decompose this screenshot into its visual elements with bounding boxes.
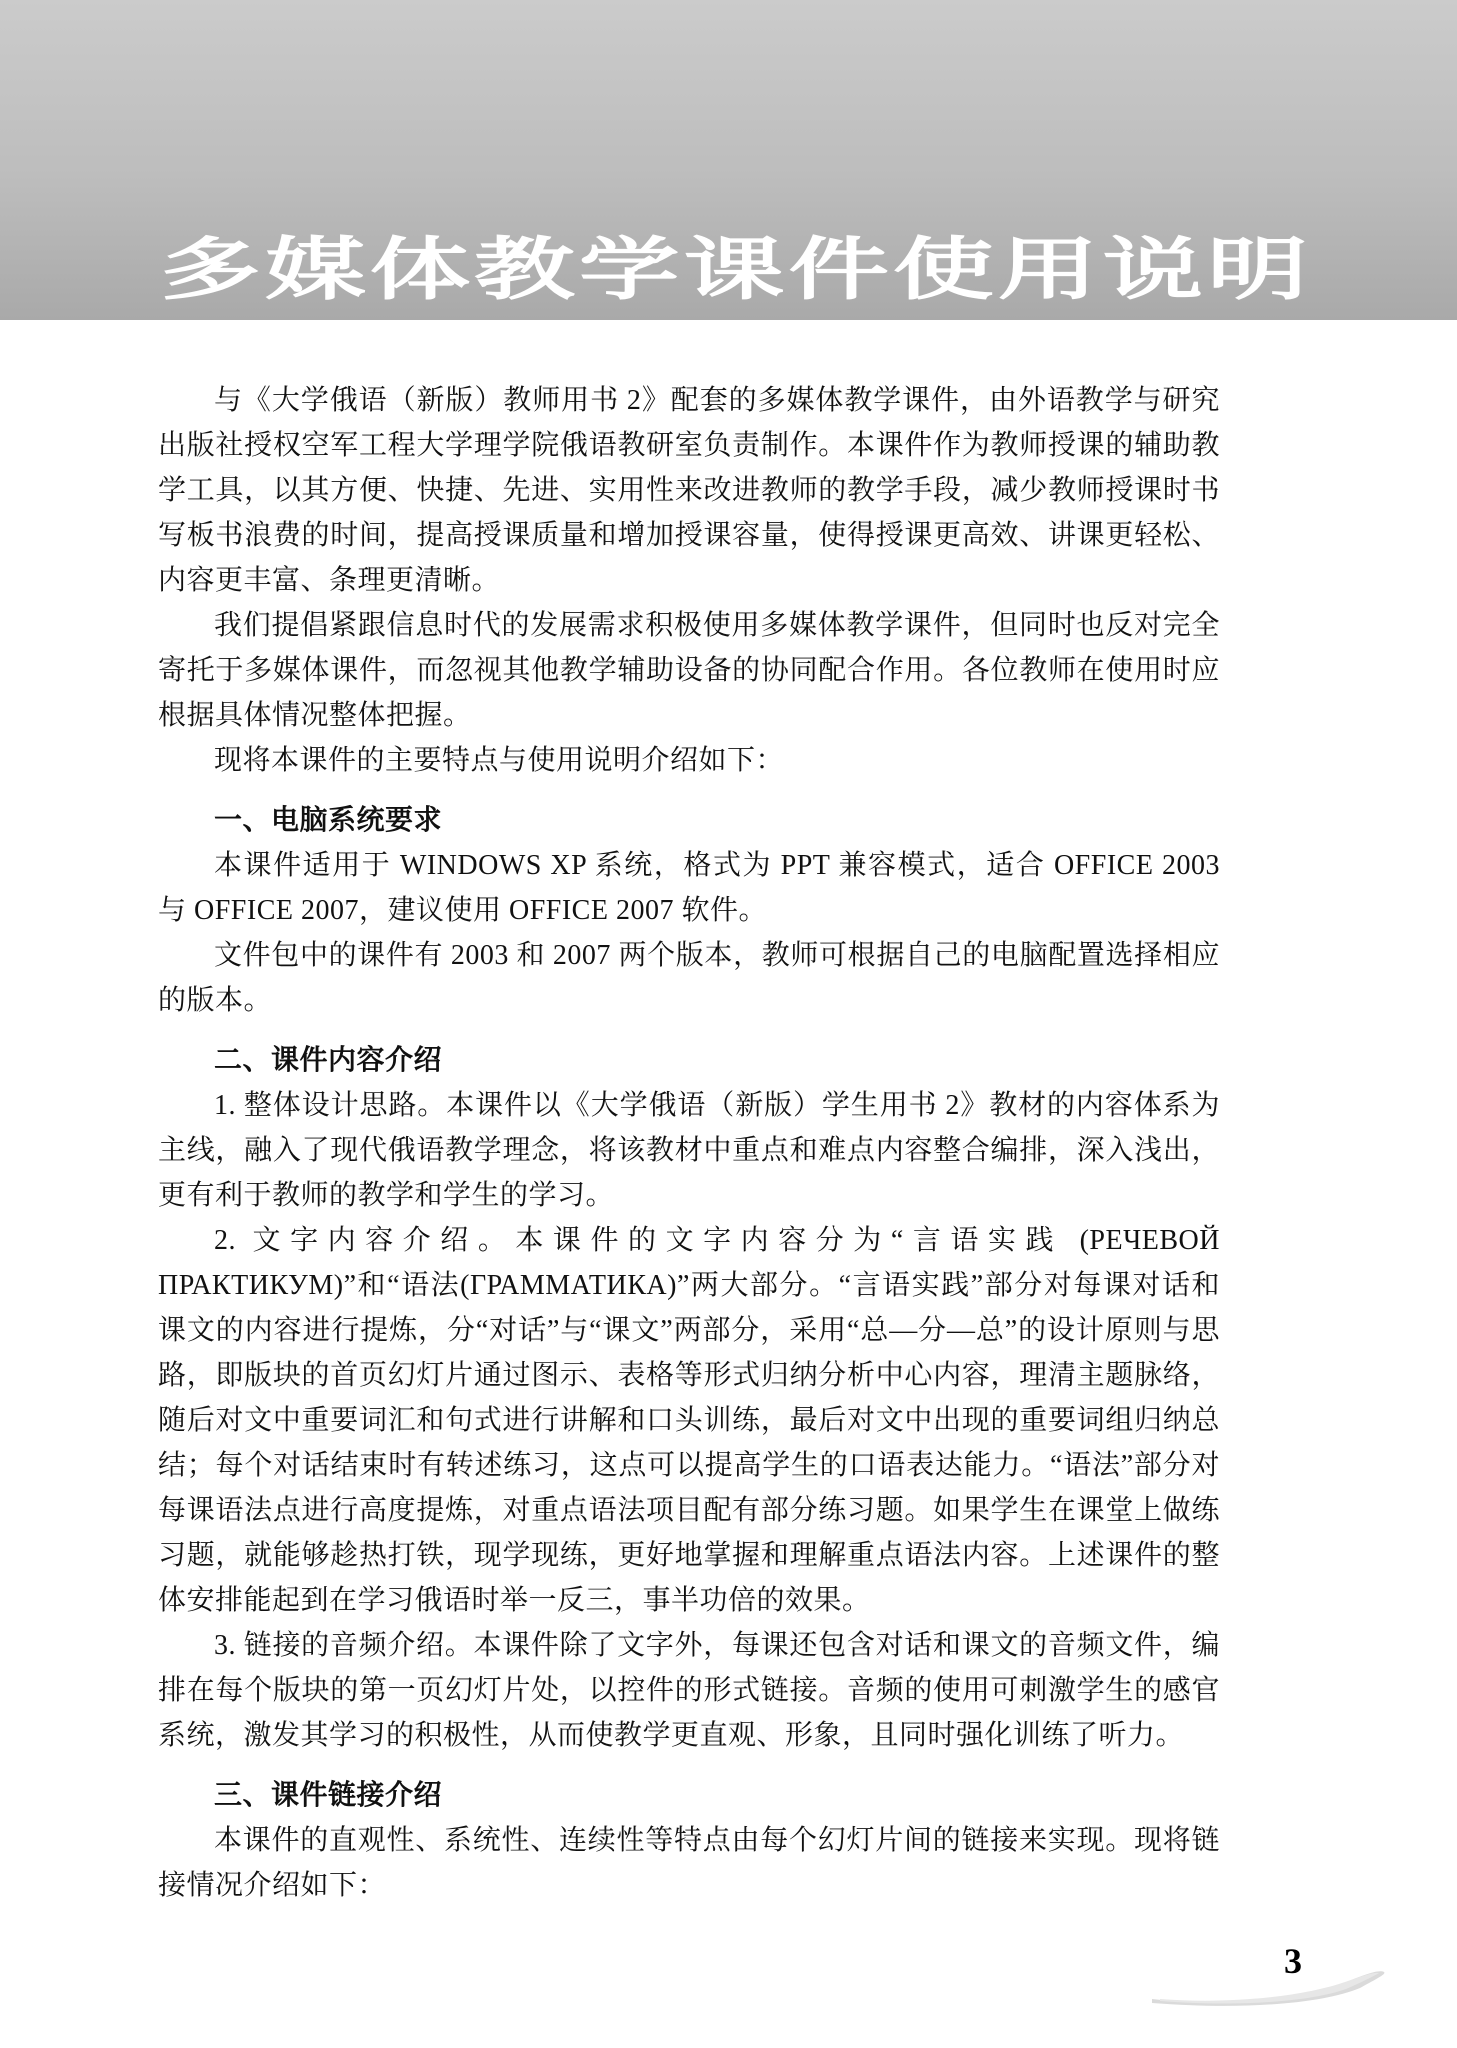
intro-paragraph: 现将本课件的主要特点与使用说明介绍如下： (158, 738, 1220, 783)
section-paragraph: 1. 整体设计思路。本课件以《大学俄语（新版）学生用书 2》教材的内容体系为主线… (158, 1083, 1220, 1218)
book-page: 多媒体教学课件使用说明 与《大学俄语（新版）教师用书 2》配套的多媒体教学课件，… (0, 0, 1457, 2048)
swoosh-graphic (1150, 1966, 1395, 2012)
title-banner: 多媒体教学课件使用说明 (0, 0, 1457, 320)
intro-paragraph: 与《大学俄语（新版）教师用书 2》配套的多媒体教学课件，由外语教学与研究出版社授… (158, 378, 1220, 603)
page-content: 与《大学俄语（新版）教师用书 2》配套的多媒体教学课件，由外语教学与研究出版社授… (158, 378, 1220, 1908)
page-title: 多媒体教学课件使用说明 (160, 236, 1312, 304)
section-heading-content-intro: 二、课件内容介绍 (158, 1038, 1220, 1083)
section-paragraph: 2. 文字内容介绍。本课件的文字内容分为“言语实践 (РЕЧЕВОЙ ПРАКТ… (158, 1218, 1220, 1623)
intro-paragraph: 我们提倡紧跟信息时代的发展需求积极使用多媒体教学课件，但同时也反对完全寄托于多媒… (158, 603, 1220, 738)
section-paragraph: 本课件适用于 WINDOWS XP 系统，格式为 PPT 兼容模式，适合 OFF… (158, 843, 1220, 933)
section-paragraph: 3. 链接的音频介绍。本课件除了文字外，每课还包含对话和课文的音频文件，编排在每… (158, 1623, 1220, 1758)
section-heading-link-intro: 三、课件链接介绍 (158, 1773, 1220, 1818)
section-heading-system-requirements: 一、电脑系统要求 (158, 798, 1220, 843)
section-paragraph: 本课件的直观性、系统性、连续性等特点由每个幻灯片间的链接来实现。现将链接情况介绍… (158, 1818, 1220, 1908)
section-paragraph: 文件包中的课件有 2003 和 2007 两个版本，教师可根据自己的电脑配置选择… (158, 933, 1220, 1023)
